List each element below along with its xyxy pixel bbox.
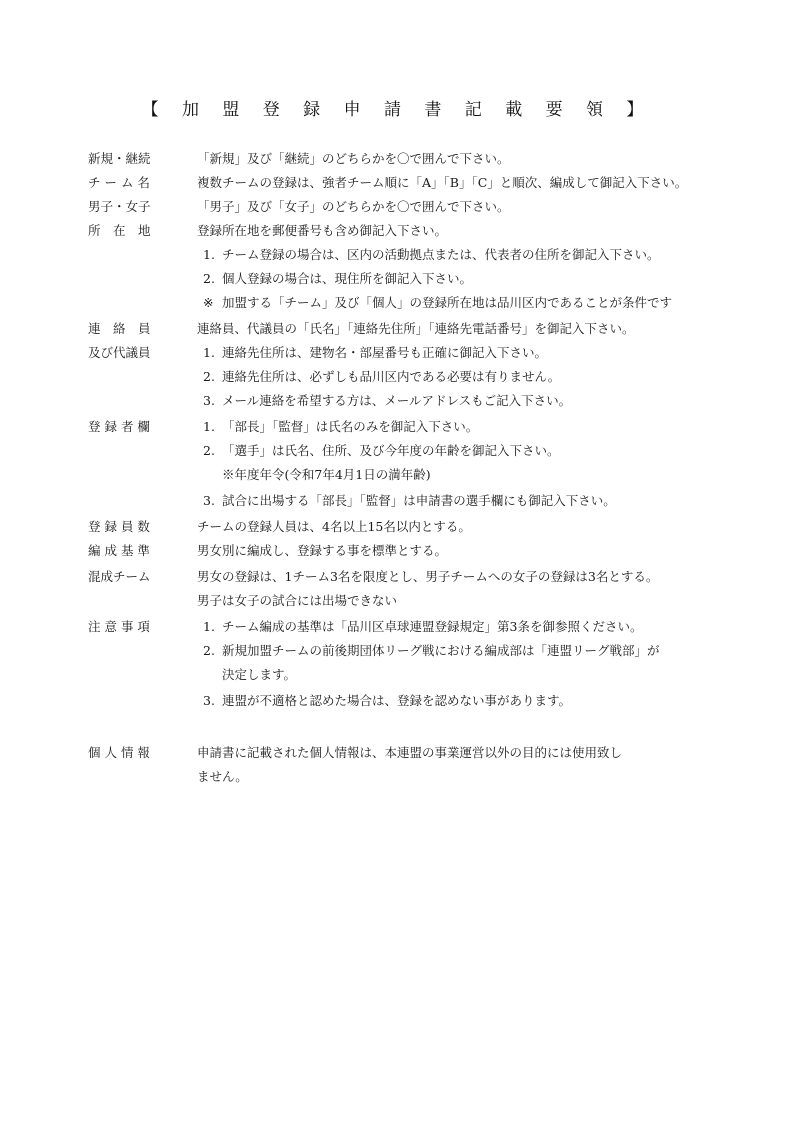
item-number: 2. <box>203 366 215 388</box>
section-member-count: 登 録 員 数 チームの登録人員は、4名以上15名以内とする。 <box>0 516 794 538</box>
section-gender: 男子・女子 「男子」及び「女子」のどちらかを〇で囲んで下さい。 <box>0 196 794 218</box>
list-item: 3. メール連絡を希望する方は、メールアドレスもご記入下さい。 <box>0 390 794 412</box>
item-number: 3. <box>203 490 215 512</box>
item-text: チーム登録の場合は、区内の活動拠点または、代表者の住所を御記入下さい。 <box>222 244 660 266</box>
item-text: 連絡先住所は、建物名・部屋番号も正確に御記入下さい。 <box>222 342 547 364</box>
section-text-line2: ません。 <box>197 766 248 788</box>
item-number: 1. <box>203 616 215 638</box>
list-item-continued: 決定します。 <box>0 664 794 686</box>
section-text: 「新規」及び「継続」のどちらかを〇で囲んで下さい。 <box>197 148 510 170</box>
list-item-note: ※年度年令(令和7年4月1日の満年齢) <box>0 464 794 486</box>
item-text: 連絡先住所は、必ずしも品川区内である必要は有りません。 <box>222 366 560 388</box>
list-item-note: ※ 加盟する「チーム」及び「個人」の登録所在地は品川区内であることが条件です <box>0 292 794 314</box>
list-item: 及び代議員 1. 連絡先住所は、建物名・部屋番号も正確に御記入下さい。 <box>0 342 794 364</box>
item-text: 連盟が不適格と認めた場合は、登録を認めない事があります。 <box>222 690 571 712</box>
item-number: 2. <box>203 640 215 662</box>
item-text: メール連絡を希望する方は、メールアドレスもご記入下さい。 <box>222 390 571 412</box>
section-text: 複数チームの登録は、強者チーム順に「A」「B」「C」と順次、編成して御記入下さい… <box>197 172 687 194</box>
item-number: 3. <box>203 690 215 712</box>
section-contact: 連 絡 員 連絡員、代議員の「氏名」「連絡先住所」「連絡先電話番号」を御記入下さ… <box>0 318 794 340</box>
section-label: 個 人 情 報 <box>88 742 173 764</box>
item-text-continued: 決定します。 <box>222 664 296 686</box>
item-text: 加盟する「チーム」及び「個人」の登録所在地は品川区内であることが条件です <box>222 292 672 314</box>
section-label: 所 在 地 <box>88 220 173 242</box>
section-text: 男女別に編成し、登録する事を標準とする。 <box>197 540 447 562</box>
section-formation-standard: 編 成 基 準 男女別に編成し、登録する事を標準とする。 <box>0 540 794 562</box>
item-text: 「部長」「監督」は氏名のみを御記入下さい。 <box>222 416 478 438</box>
section-registrant: 登 録 者 欄 1. 「部長」「監督」は氏名のみを御記入下さい。 <box>0 416 794 438</box>
section-text-continued: ません。 <box>0 766 794 788</box>
section-label: 男子・女子 <box>88 196 173 218</box>
section-text: 登録所在地を郵便番号も含め御記入下さい。 <box>197 220 447 242</box>
item-number: 2. <box>203 268 215 290</box>
document-title: 【 加 盟 登 録 申 請 書 記 載 要 領 】 <box>0 95 794 120</box>
note-mark: ※ <box>203 292 213 314</box>
item-text: 試合に出場する「部長」「監督」は申請書の選手欄にも御記入下さい。 <box>222 490 616 512</box>
section-text: チームの登録人員は、4名以上15名以内とする。 <box>197 516 471 538</box>
item-number: 2. <box>203 440 215 462</box>
section-label: 登 録 者 欄 <box>88 416 173 438</box>
section-address: 所 在 地 登録所在地を郵便番号も含め御記入下さい。 <box>0 220 794 242</box>
item-text: 「選手」は氏名、住所、及び今年度の年齢を御記入下さい。 <box>222 440 560 462</box>
section-notes: 注 意 事 項 1. チーム編成の基準は「品川区卓球連盟登録規定」第3条を御参照… <box>0 616 794 638</box>
section-text: 申請書に記載された個人情報は、本連盟の事業運営以外の目的には使用致し <box>197 742 622 764</box>
item-number: 3. <box>203 390 215 412</box>
section-new-continue: 新規・継続 「新規」及び「継続」のどちらかを〇で囲んで下さい。 <box>0 148 794 170</box>
list-item: 3. 連盟が不適格と認めた場合は、登録を認めない事があります。 <box>0 690 794 712</box>
section-text-line2: 男子は女子の試合には出場できない <box>197 590 397 612</box>
item-number: 1. <box>203 416 215 438</box>
item-text: 個人登録の場合は、現住所を御記入下さい。 <box>222 268 472 290</box>
item-text: ※年度年令(令和7年4月1日の満年齢) <box>222 464 431 486</box>
section-label: 編 成 基 準 <box>88 540 173 562</box>
section-team-name: チ ー ム 名 複数チームの登録は、強者チーム順に「A」「B」「C」と順次、編成… <box>0 172 794 194</box>
section-text-continued: 男子は女子の試合には出場できない <box>0 590 794 612</box>
section-label: チ ー ム 名 <box>88 172 173 194</box>
section-mixed-team: 混成チーム 男女の登録は、1チーム3名を限度とし、男子チームへの女子の登録は3名… <box>0 566 794 588</box>
section-label: 注 意 事 項 <box>88 616 173 638</box>
item-number: 1. <box>203 244 215 266</box>
item-text: 新規加盟チームの前後期団体リーグ戦における編成部は「連盟リーグ戦部」が <box>222 640 660 662</box>
section-label: 混成チーム <box>88 566 173 588</box>
item-number: 1. <box>203 342 215 364</box>
list-item: 2. 個人登録の場合は、現住所を御記入下さい。 <box>0 268 794 290</box>
section-text: 「男子」及び「女子」のどちらかを〇で囲んで下さい。 <box>197 196 510 218</box>
section-text: 男女の登録は、1チーム3名を限度とし、男子チームへの女子の登録は3名とする。 <box>197 566 658 588</box>
list-item: 3. 試合に出場する「部長」「監督」は申請書の選手欄にも御記入下さい。 <box>0 490 794 512</box>
section-label-line2: 及び代議員 <box>88 342 173 364</box>
section-privacy: 個 人 情 報 申請書に記載された個人情報は、本連盟の事業運営以外の目的には使用… <box>0 742 794 764</box>
section-text: 連絡員、代議員の「氏名」「連絡先住所」「連絡先電話番号」を御記入下さい。 <box>197 318 635 340</box>
section-label: 新規・継続 <box>88 148 173 170</box>
list-item: 1. チーム登録の場合は、区内の活動拠点または、代表者の住所を御記入下さい。 <box>0 244 794 266</box>
list-item: 2. 「選手」は氏名、住所、及び今年度の年齢を御記入下さい。 <box>0 440 794 462</box>
list-item: 2. 新規加盟チームの前後期団体リーグ戦における編成部は「連盟リーグ戦部」が <box>0 640 794 662</box>
item-text: チーム編成の基準は「品川区卓球連盟登録規定」第3条を御参照ください。 <box>222 616 642 638</box>
section-label: 登 録 員 数 <box>88 516 173 538</box>
section-label: 連 絡 員 <box>88 318 173 340</box>
list-item: 2. 連絡先住所は、必ずしも品川区内である必要は有りません。 <box>0 366 794 388</box>
